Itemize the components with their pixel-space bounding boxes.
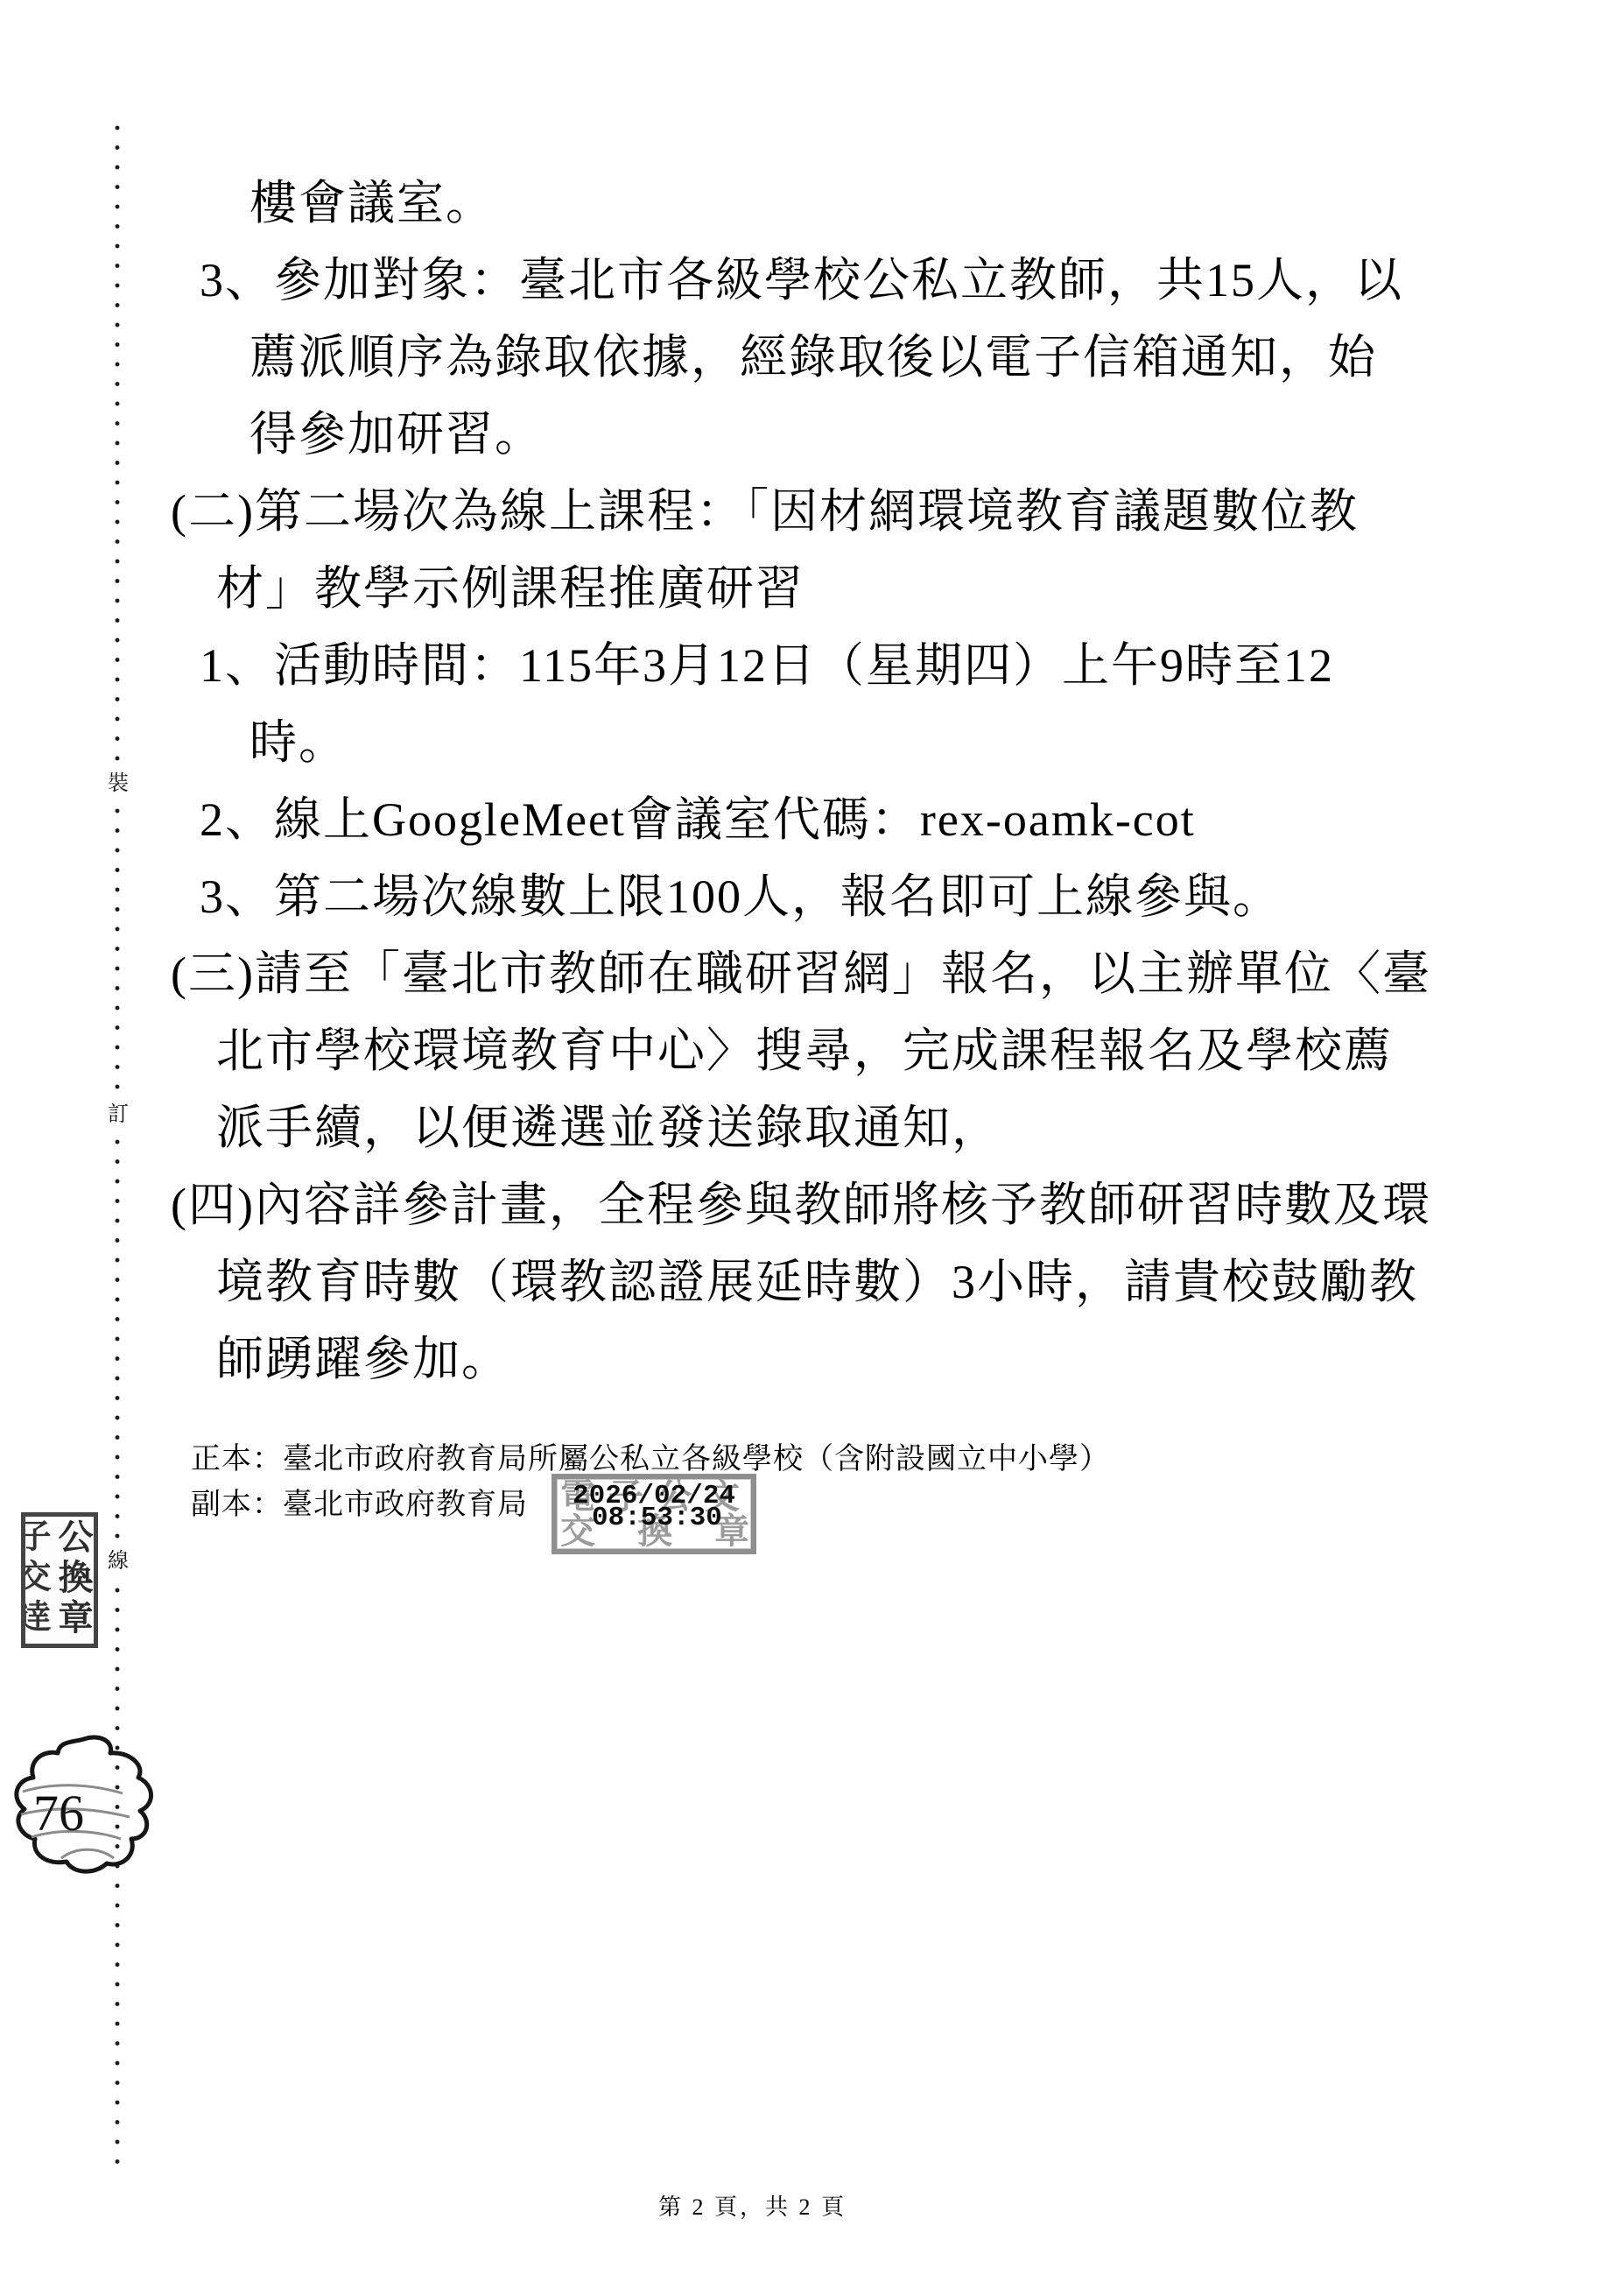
body-line: 3、第二場次線數上限100人，報名即可上線參與。 bbox=[0, 858, 1623, 935]
body-line: 2、線上GoogleMeet會議室代碼：rex-oamk-cot bbox=[0, 781, 1623, 858]
body-line: 時。 bbox=[0, 704, 1623, 781]
seal-right-column: 公換章 bbox=[53, 1518, 92, 1639]
body-line: 樓會議室。 bbox=[0, 165, 1623, 242]
body-line: 3、參加對象：臺北市各級學校公私立教師，共15人，以 bbox=[0, 242, 1623, 319]
seal-left-column: 子交逹 bbox=[21, 1518, 48, 1639]
page-number: 第 2 頁，共 2 頁 bbox=[658, 2189, 847, 2222]
scanned-official-document-page: 裝 訂 線 樓會議室。 3、參加對象：臺北市各級學校公私立教師，共15人，以 薦… bbox=[0, 0, 1623, 2296]
body-line: (三)請至「臺北市教師在職研習網」報名，以主辦單位〈臺 bbox=[0, 935, 1623, 1012]
body-line: 得參加研習。 bbox=[0, 396, 1623, 473]
body-line: 師踴躍參加。 bbox=[0, 1321, 1623, 1398]
body-line: 境教育時數（環教認證展延時數）3小時，請貴校鼓勵教 bbox=[0, 1243, 1623, 1321]
handwritten-annotation: 76 bbox=[7, 1732, 158, 1879]
scribble-inner-line bbox=[61, 1849, 114, 1858]
body-line: 材」教學示例課程推廣研習 bbox=[0, 550, 1623, 627]
annotation-number: 76 bbox=[33, 1785, 84, 1842]
body-line: 1、活動時間：115年3月12日（星期四）上午9時至12 bbox=[0, 627, 1623, 704]
edge-exchange-seal: 子交逹 公換章 bbox=[21, 1512, 98, 1648]
body-line: 派手續，以便遴選並發送錄取通知， bbox=[0, 1089, 1623, 1166]
body-line: 北市學校環境教育中心〉搜尋，完成課程報名及學校薦 bbox=[0, 1012, 1623, 1089]
body-line: (四)內容詳參計畫，全程參與教師將核予教師研習時數及環 bbox=[0, 1166, 1623, 1243]
document-body: 樓會議室。 3、參加對象：臺北市各級學校公私立教師，共15人，以 薦派順序為錄取… bbox=[0, 165, 1623, 1398]
binding-dotted-line-segment bbox=[115, 1587, 120, 2179]
electronic-exchange-stamp: 電子公文 交換章 2026/02/24 08:53:30 bbox=[552, 1474, 756, 1554]
stamp-time: 08:53:30 bbox=[592, 1504, 722, 1532]
body-line: (二)第二場次為線上課程：「因材網環境教育議題數位教 bbox=[0, 473, 1623, 550]
binding-mark-xian: 線 bbox=[106, 1548, 130, 1574]
body-line: 薦派順序為錄取依據，經錄取後以電子信箱通知，始 bbox=[0, 319, 1623, 396]
